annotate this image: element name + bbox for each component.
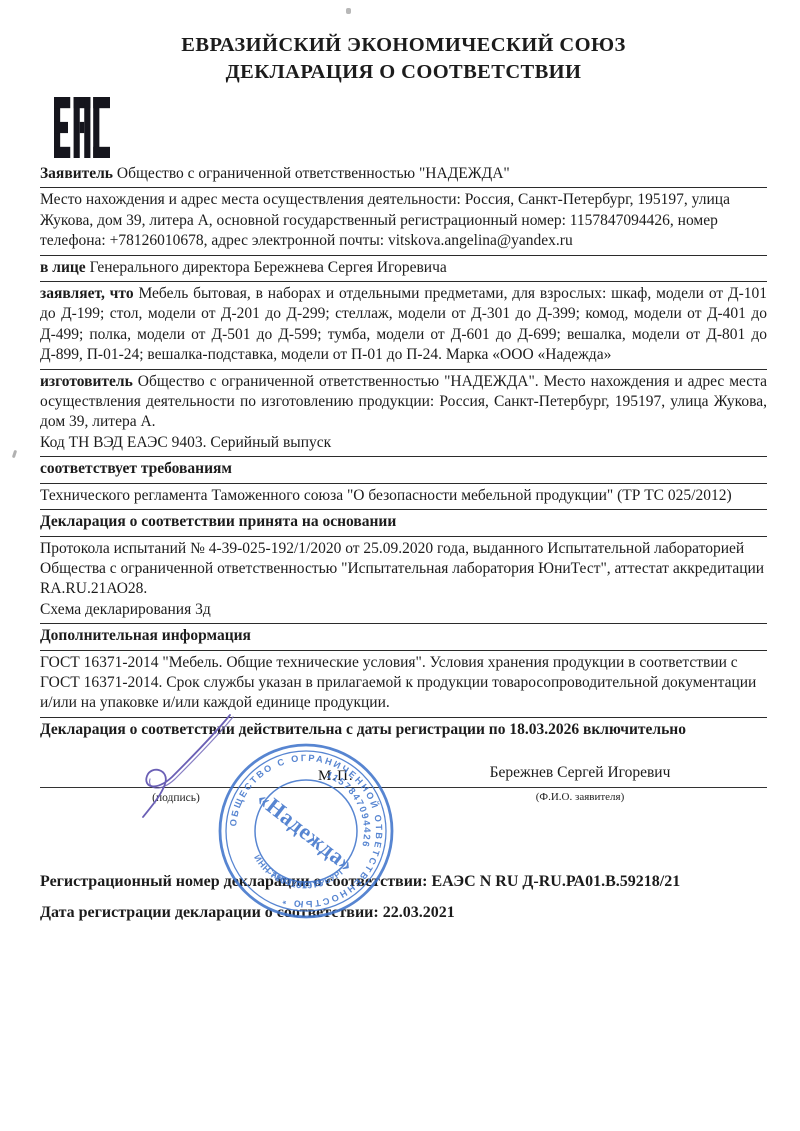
manufacturer-value: Общество с ограниченной ответственностью… <box>40 373 767 431</box>
applicant-value: Общество с ограниченной ответственностью… <box>117 165 510 182</box>
test-protocol-text: Протокола испытаний № 4-39-025-192/1/202… <box>40 539 767 600</box>
document-body: ЕВРАЗИЙСКИЙ ЭКОНОМИЧЕСКИЙ СОЮЗ ДЕКЛАРАЦИ… <box>40 32 767 923</box>
address-text: Место нахождения и адрес места осуществл… <box>40 191 730 249</box>
eac-mark-icon <box>54 97 110 158</box>
applicant-name: Бережнев Сергей Игоревич <box>430 764 730 782</box>
tnved-code-line: Код ТН ВЭД ЕАЭС 9403. Серийный выпуск <box>40 433 767 453</box>
stamp-center-text: «Надежда» <box>252 786 359 877</box>
declaration-scheme-line: Схема декларирования 3д <box>40 600 767 620</box>
manufacturer-label: изготовитель <box>40 373 133 390</box>
scan-speck <box>12 450 17 459</box>
stamp-place-caption: М.П. <box>318 768 354 785</box>
row-manufacturer: изготовитель Общество с ограниченной отв… <box>40 370 767 458</box>
row-additional-heading: Дополнительная информация <box>40 624 767 650</box>
registration-number-value: ЕАЭС N RU Д-RU.РА01.В.59218/21 <box>431 873 680 890</box>
row-in-person: в лице Генерального директора Бережнева … <box>40 256 767 282</box>
registration-date-line: Дата регистрации декларации о соответств… <box>40 903 767 923</box>
signature-caption: (подпись) <box>116 792 236 804</box>
registration-number-label: Регистрационный номер декларации о соотв… <box>40 873 427 890</box>
scan-speck <box>346 8 351 14</box>
applicant-name-caption: (Ф.И.О. заявителя) <box>450 791 710 803</box>
declares-label: заявляет, что <box>40 285 134 302</box>
row-conforms-heading: соответствует требованиям <box>40 457 767 483</box>
title-declaration-line: ДЕКЛАРАЦИЯ О СООТВЕТСТВИИ <box>40 59 767 86</box>
title-union-line: ЕВРАЗИЙСКИЙ ЭКОНОМИЧЕСКИЙ СОЮЗ <box>40 32 767 59</box>
product-description: Мебель бытовая, в наборах и отдельными п… <box>40 285 767 363</box>
declaration-document: ЕВРАЗИЙСКИЙ ЭКОНОМИЧЕСКИЙ СОЮЗ ДЕКЛАРАЦИ… <box>0 0 800 1131</box>
row-additional-text: ГОСТ 16371-2014 "Мебель. Общие техническ… <box>40 651 767 718</box>
row-declares: заявляет, что Мебель бытовая, в наборах … <box>40 282 767 370</box>
manufacturer-paragraph: изготовитель Общество с ограниченной отв… <box>40 372 767 433</box>
signature-line <box>40 787 767 788</box>
registration-number-line: Регистрационный номер декларации о соотв… <box>40 872 767 892</box>
signature-area: (подпись) М.П. Бережнев Сергей Игоревич … <box>40 743 767 849</box>
row-applicant: Заявитель Общество с ограниченной ответс… <box>40 162 767 188</box>
in-person-label: в лице <box>40 259 86 276</box>
row-basis-heading: Декларация о соответствии принята на осн… <box>40 510 767 536</box>
row-address: Место нахождения и адрес места осуществл… <box>40 188 767 255</box>
registration-date-label: Дата регистрации декларации о соответств… <box>40 904 379 921</box>
row-validity: Декларация о соответствии действительна … <box>40 718 767 743</box>
row-basis: Протокола испытаний № 4-39-025-192/1/202… <box>40 537 767 625</box>
row-conforms-text: Технического регламента Таможенного союз… <box>40 484 767 510</box>
in-person-value: Генерального директора Бережнева Сергея … <box>90 259 447 276</box>
document-title: ЕВРАЗИЙСКИЙ ЭКОНОМИЧЕСКИЙ СОЮЗ ДЕКЛАРАЦИ… <box>40 32 767 86</box>
registration-date-value: 22.03.2021 <box>383 904 455 921</box>
applicant-label: Заявитель <box>40 165 113 182</box>
company-round-stamp: ОБЩЕСТВО С ОГРАНИЧЕННОЙ ОТВЕТСТВЕННОСТЬЮ… <box>216 741 396 921</box>
